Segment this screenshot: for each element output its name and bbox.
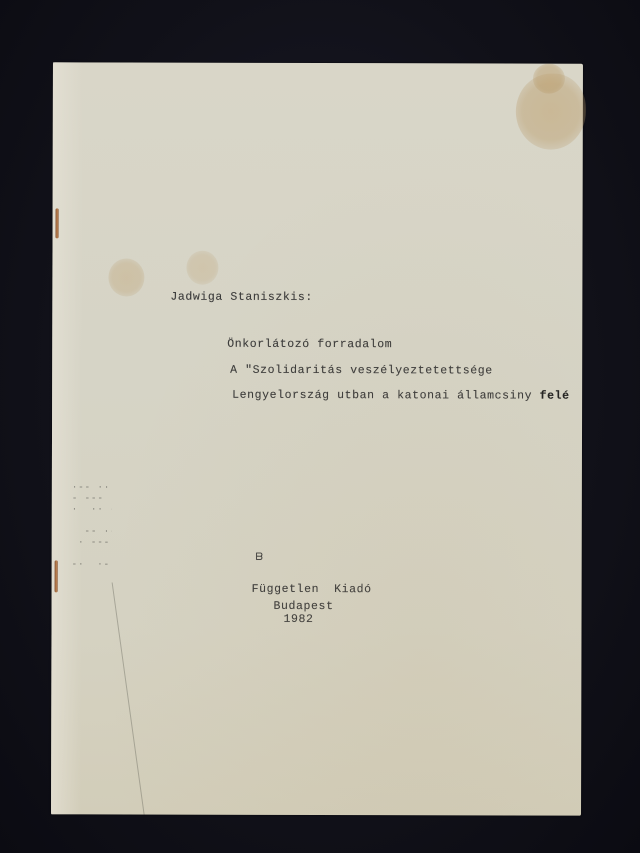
- publisher-name: Független Kiadó: [252, 583, 372, 596]
- document-page: ·-- ·· - - --- - · ·· -- -- ·- · --- -· …: [51, 62, 583, 815]
- author-name: Jadwiga Staniszkis:: [170, 291, 313, 304]
- page-fold-line: [52, 582, 145, 814]
- stain-spot: [186, 251, 218, 285]
- title-line-2: A "Szolidaritás veszélyeztetettsége: [230, 364, 493, 378]
- title-line-3-bold: felé: [540, 390, 570, 403]
- stain-spot: [108, 258, 144, 296]
- title-line-3: Lengyelország utban a katonai államcsiny…: [232, 389, 570, 403]
- publication-year: 1982: [284, 613, 314, 626]
- coffee-stain: [533, 64, 565, 94]
- staple-icon: [56, 208, 59, 238]
- title-line-1: Önkorlátozó forradalom: [227, 338, 392, 351]
- publication-city: Budapest: [274, 600, 334, 613]
- title-line-3-text: Lengyelország utban a katonai államcsiny: [232, 389, 532, 403]
- publisher-logo-icon: ᗷ: [256, 552, 264, 564]
- bleed-through-text: ·-- ·· - - --- - · ·· -- -- ·- · --- -· …: [72, 482, 112, 572]
